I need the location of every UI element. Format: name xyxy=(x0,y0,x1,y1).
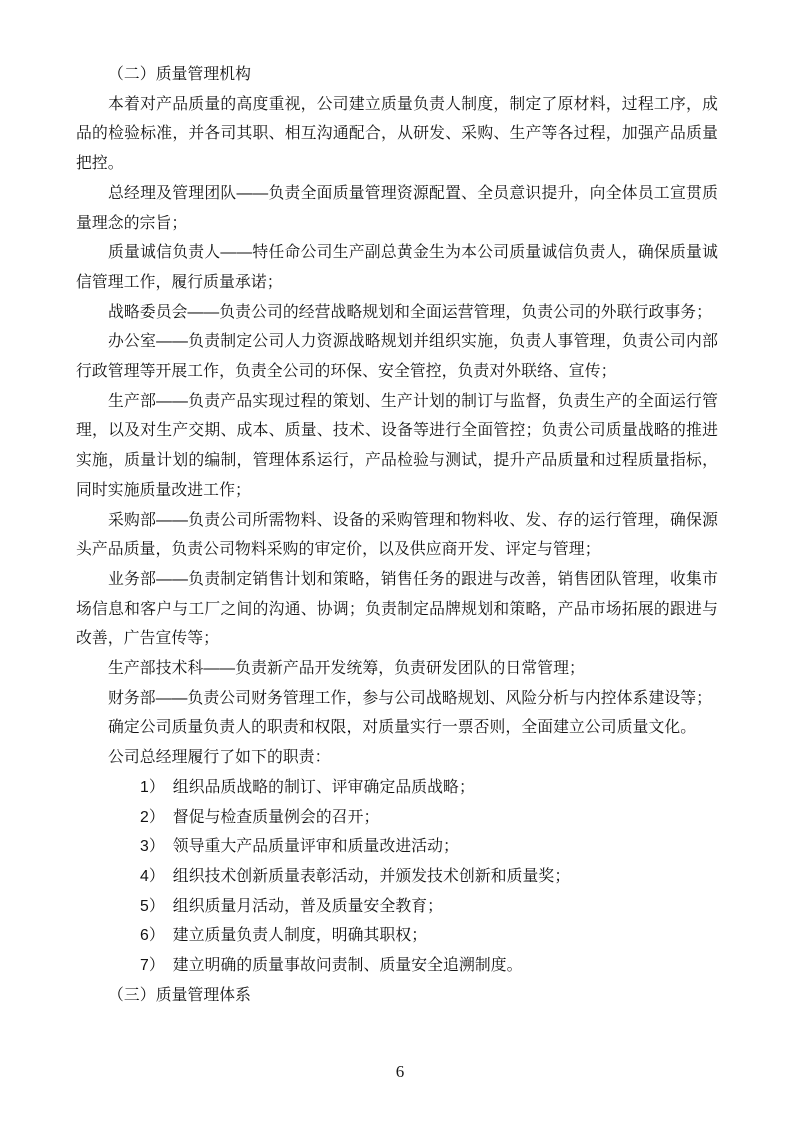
list-item-marker: 4） xyxy=(108,862,165,892)
list-item-marker: 2） xyxy=(108,803,165,833)
paragraph-line: 质量诚信负责人——特任命公司生产副总黄金生为本公司质量诚信负责人，确保质量诚 xyxy=(76,238,718,268)
paragraph-line: 量理念的宗旨； xyxy=(76,209,718,239)
paragraph-line: 头产品质量，负责公司物料采购的审定价，以及供应商开发、评定与管理； xyxy=(76,535,718,565)
list-item-marker: 7） xyxy=(108,951,165,981)
paragraph-line: 改善，广告宣传等； xyxy=(76,624,718,654)
list-item-marker: 5） xyxy=(108,892,165,922)
list-item-text: 督促与检查质量例会的召开； xyxy=(173,809,380,826)
paragraph-line: 采购部——负责公司所需物料、设备的采购管理和物料收、发、存的运行管理，确保源 xyxy=(76,506,718,536)
list-item-text: 领导重大产品质量评审和质量改进活动； xyxy=(173,838,459,855)
list-item-text: 组织技术创新质量表彰活动，并颁发技术创新和质量奖； xyxy=(173,868,570,885)
paragraph-line: 确定公司质量负责人的职责和权限，对质量实行一票否则，全面建立公司质量文化。 xyxy=(76,713,718,743)
paragraph-line: 品的检验标准，并各司其职、相互沟通配合，从研发、采购、生产等各过程，加强产品质量 xyxy=(76,119,718,149)
paragraph-line: 把控。 xyxy=(76,149,718,179)
paragraph-line: 总经理及管理团队——负责全面质量管理资源配置、全员意识提升，向全体员工宣贯质 xyxy=(76,179,718,209)
paragraph-line: 生产部——负责产品实现过程的策划、生产计划的制订与监督，负责生产的全面运行管 xyxy=(76,387,718,417)
list-item-text: 建立质量负责人制度，明确其职权； xyxy=(173,927,427,944)
list-item: 4）组织技术创新质量表彰活动，并颁发技术创新和质量奖； xyxy=(76,862,718,892)
paragraph-line: 战略委员会——负责公司的经营战略规划和全面运营管理，负责公司的外联行政事务； xyxy=(76,298,718,328)
paragraph-line: 场信息和客户与工厂之间的沟通、协调；负责制定品牌规划和策略，产品市场拓展的跟进与 xyxy=(76,595,718,625)
paragraph-line: 行政管理等开展工作，负责全公司的环保、安全管控，负责对外联络、宣传； xyxy=(76,357,718,387)
list-item: 3）领导重大产品质量评审和质量改进活动； xyxy=(76,832,718,862)
text-block: （二）质量管理机构本着对产品质量的高度重视，公司建立质量负责人制度，制定了原材料… xyxy=(76,60,718,1011)
list-item-text: 建立明确的质量事故问责制、质量安全追溯制度。 xyxy=(173,957,523,974)
list-item-marker: 1） xyxy=(108,773,165,803)
paragraph-line: 实施，质量计划的编制，管理体系运行，产品检验与测试，提升产品质量和过程质量指标， xyxy=(76,446,718,476)
document-page: （二）质量管理机构本着对产品质量的高度重视，公司建立质量负责人制度，制定了原材料… xyxy=(0,0,800,1131)
paragraph-line: 办公室——负责制定公司人力资源战略规划并组织实施，负责人事管理，负责公司内部 xyxy=(76,327,718,357)
section-heading: （二）质量管理机构 xyxy=(76,60,718,90)
paragraph-line: 理，以及对生产交期、成本、质量、技术、设备等进行全面管控；负责公司质量战略的推进 xyxy=(76,416,718,446)
paragraph-line: 生产部技术科——负责新产品开发统筹，负责研发团队的日常管理； xyxy=(76,654,718,684)
paragraph-line: 信管理工作，履行质量承诺； xyxy=(76,268,718,298)
list-item-marker: 3） xyxy=(108,832,165,862)
section-heading: （三）质量管理体系 xyxy=(76,981,718,1011)
list-item: 2）督促与检查质量例会的召开； xyxy=(76,803,718,833)
paragraph-line: 公司总经理履行了如下的职责： xyxy=(76,743,718,773)
list-item: 5）组织质量月活动，普及质量安全教育； xyxy=(76,892,718,922)
list-item: 7）建立明确的质量事故问责制、质量安全追溯制度。 xyxy=(76,951,718,981)
list-item-text: 组织质量月活动，普及质量安全教育； xyxy=(173,898,443,915)
list-item-marker: 6） xyxy=(108,921,165,951)
list-item: 1）组织品质战略的制订、评审确定品质战略； xyxy=(76,773,718,803)
list-item: 6）建立质量负责人制度，明确其职权； xyxy=(76,921,718,951)
paragraph-line: 同时实施质量改进工作； xyxy=(76,476,718,506)
paragraph-line: 财务部——负责公司财务管理工作，参与公司战略规划、风险分析与内控体系建设等； xyxy=(76,684,718,714)
paragraph-line: 业务部——负责制定销售计划和策略，销售任务的跟进与改善，销售团队管理，收集市 xyxy=(76,565,718,595)
paragraph-line: 本着对产品质量的高度重视，公司建立质量负责人制度，制定了原材料，过程工序，成 xyxy=(76,90,718,120)
list-item-text: 组织品质战略的制订、评审确定品质战略； xyxy=(173,779,475,796)
page-number: 6 xyxy=(0,1062,800,1082)
